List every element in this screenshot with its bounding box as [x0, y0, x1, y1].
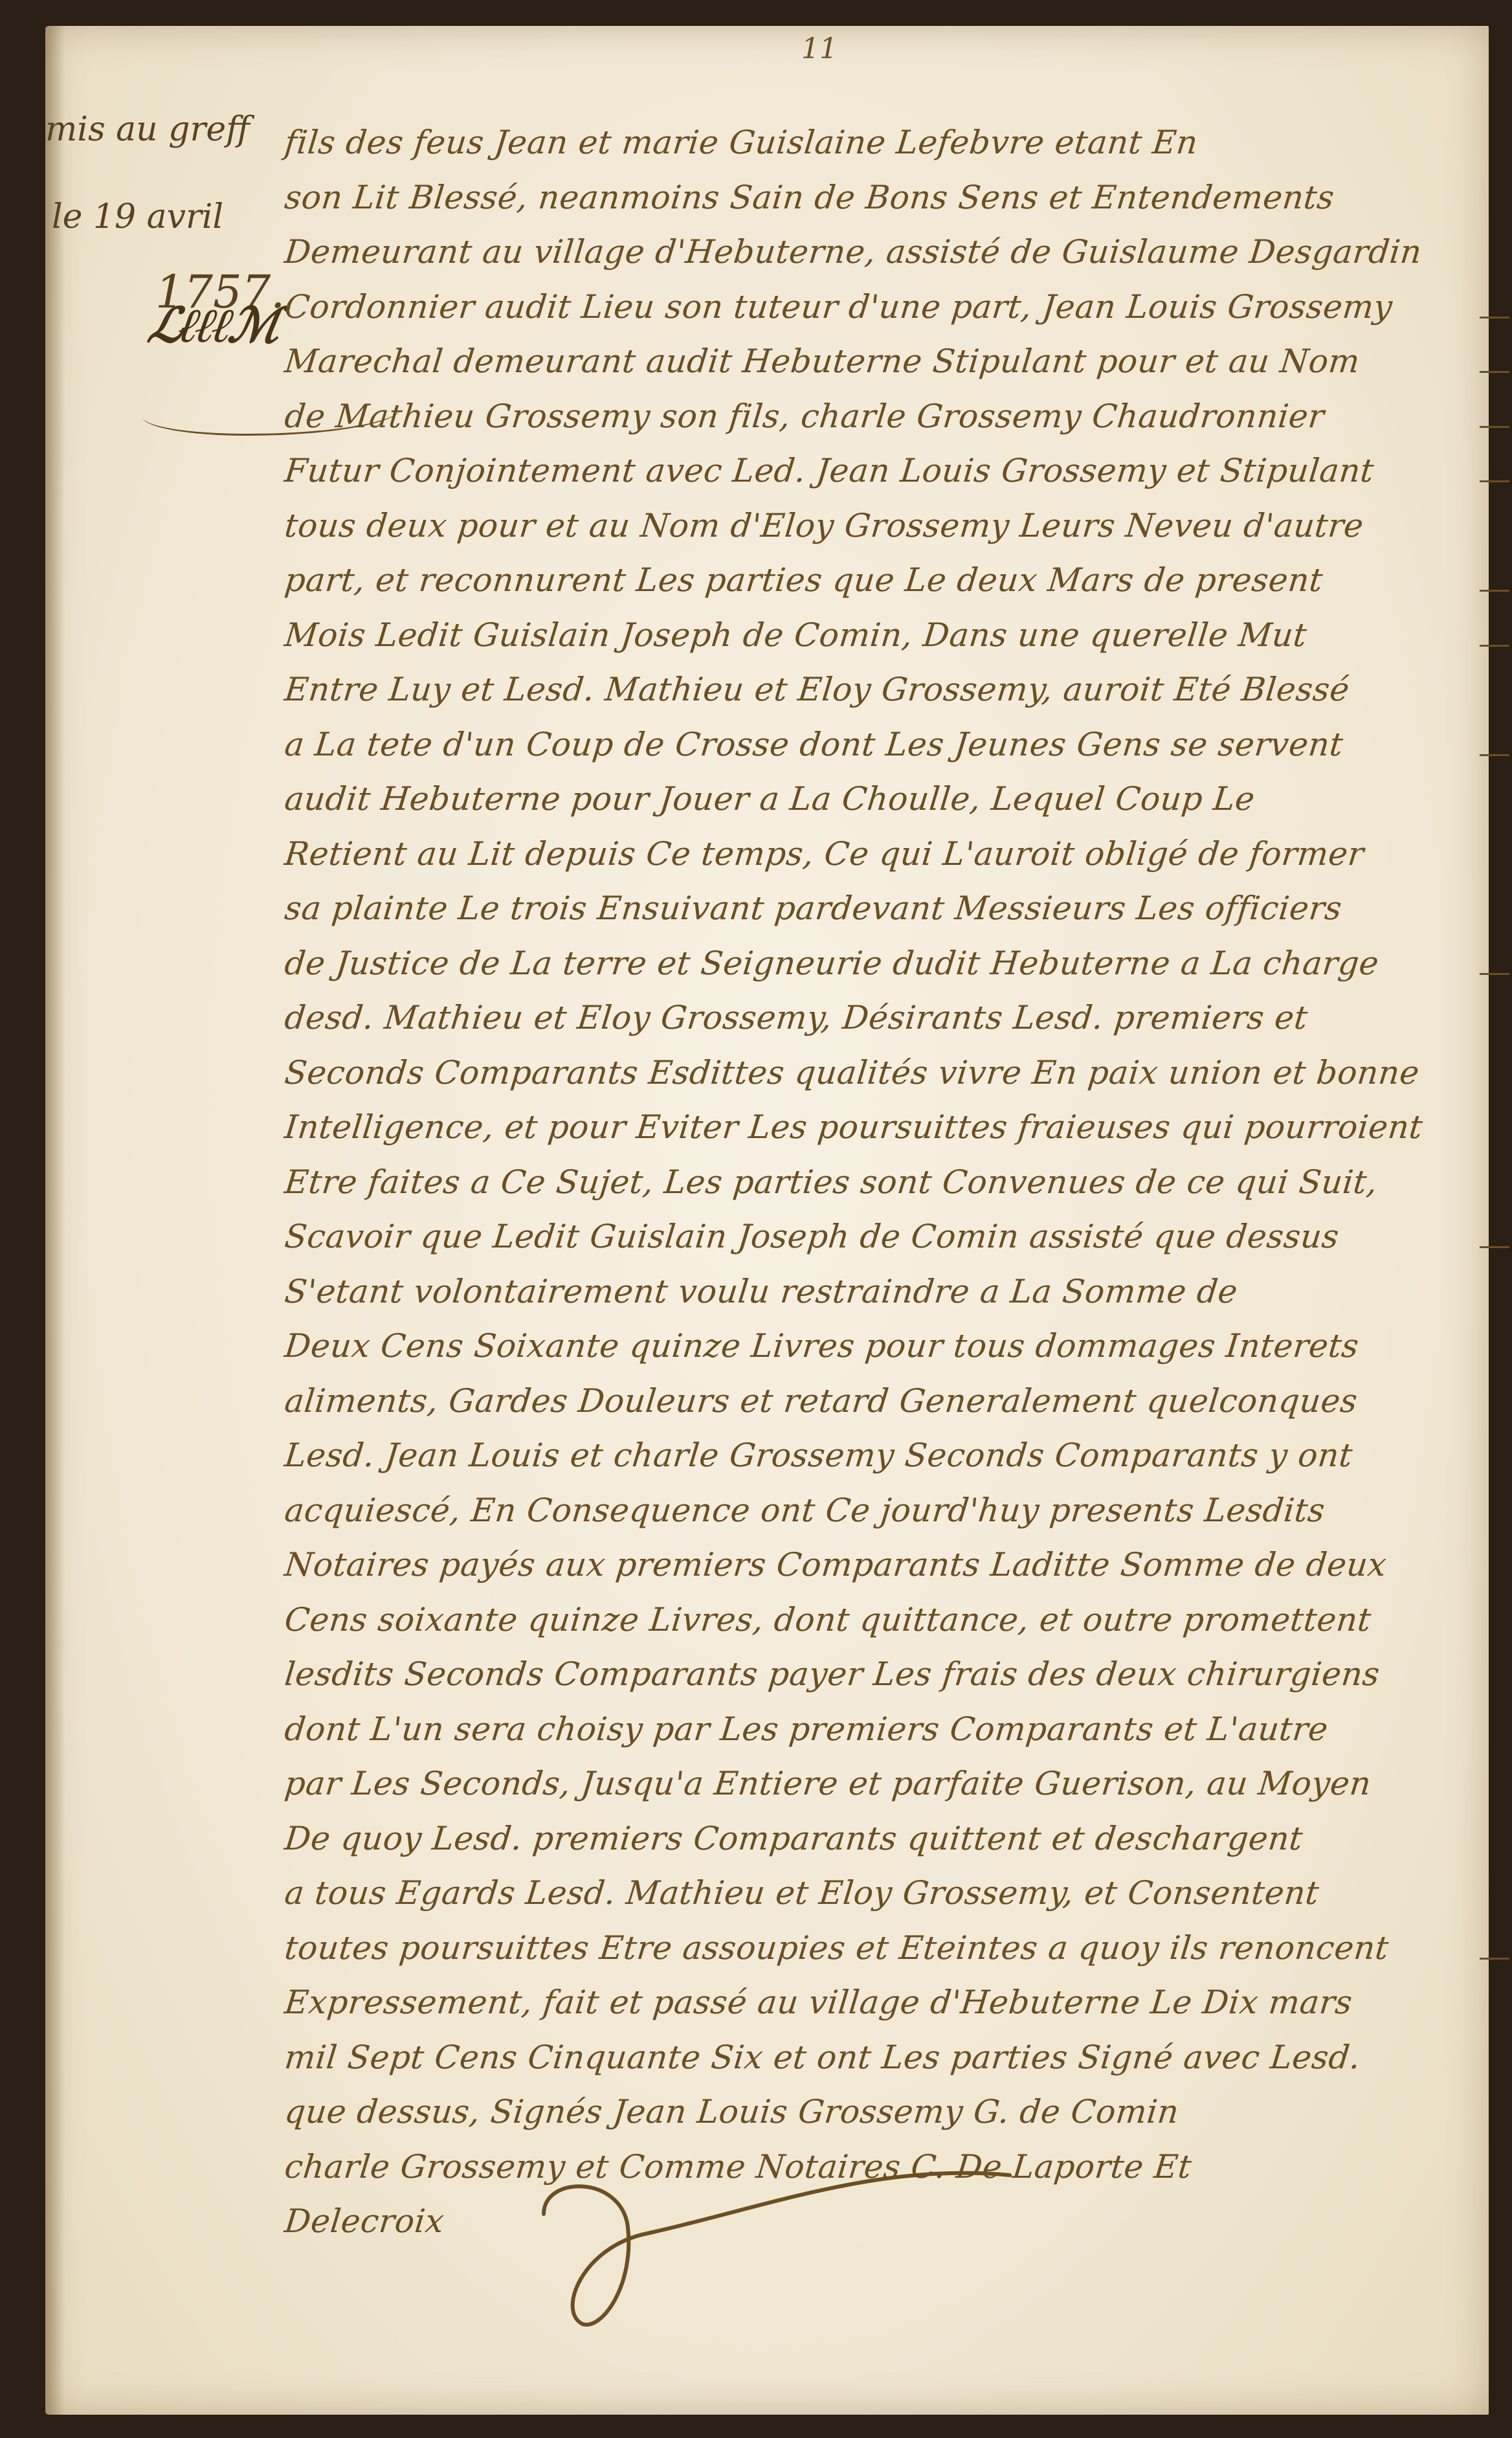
manuscript-line: acquiescé, En Consequence ont Ce jourd'h…: [282, 1481, 1489, 1539]
line-end-dash: [1480, 1958, 1509, 1960]
margin-paraphe-signature: ℒℓℓℓℳ: [144, 298, 282, 354]
closing-flourish-icon: [518, 2136, 1100, 2343]
manuscript-line: Expressement, fait et passé au village d…: [282, 1973, 1489, 2031]
manuscript-line: part, et reconnurent Les parties que Le …: [282, 551, 1489, 609]
line-end-dash: [1480, 645, 1509, 647]
manuscript-line: Scavoir que Ledit Guislain Joseph de Com…: [282, 1207, 1489, 1266]
manuscript-line: de Justice de La terre et Seigneurie dud…: [282, 934, 1489, 992]
manuscript-line: par Les Seconds, Jusqu'a Entiere et parf…: [282, 1754, 1489, 1813]
manuscript-line: dont L'un sera choisy par Les premiers C…: [282, 1700, 1489, 1758]
line-end-dash: [1480, 480, 1509, 482]
manuscript-line: lesdits Seconds Comparants payer Les fra…: [282, 1645, 1489, 1703]
manuscript-line: que dessus, Signés Jean Louis Grossemy G…: [282, 2083, 1489, 2141]
manuscript-line: a La tete d'un Coup de Crosse dont Les J…: [282, 715, 1489, 774]
manuscript-line: desd. Mathieu et Eloy Grossemy, Désirant…: [282, 989, 1489, 1047]
manuscript-line: son Lit Blessé, neanmoins Sain de Bons S…: [282, 168, 1489, 227]
margin-note-line-2: le 19 avril: [52, 197, 223, 236]
line-end-dash: [1480, 973, 1509, 975]
manuscript-line: Marechal demeurant audit Hebuterne Stipu…: [282, 332, 1489, 390]
manuscript-line: Retient au Lit depuis Ce temps, Ce qui L…: [282, 825, 1489, 883]
line-end-dash: [1480, 317, 1509, 319]
manuscript-line: Deux Cens Soixante quinze Livres pour to…: [282, 1317, 1489, 1375]
manuscript-line: De quoy Lesd. premiers Comparants quitte…: [282, 1809, 1489, 1868]
manuscript-line: Futur Conjointement avec Led. Jean Louis…: [282, 442, 1489, 500]
line-end-dash: [1480, 1246, 1509, 1248]
line-end-dash: [1480, 590, 1509, 592]
manuscript-line: mil Sept Cens Cinquante Six et ont Les p…: [282, 2028, 1489, 2086]
manuscript-line: Lesd. Jean Louis et charle Grossemy Seco…: [282, 1426, 1489, 1484]
manuscript-line: toutes poursuittes Etre assoupies et Ete…: [282, 1919, 1489, 1977]
manuscript-line: Mois Ledit Guislain Joseph de Comin, Dan…: [282, 606, 1489, 664]
manuscript-line: Notaires payés aux premiers Comparants L…: [282, 1536, 1489, 1594]
line-end-dash: [1480, 426, 1509, 428]
manuscript-line: Seconds Comparants Esdittes qualités viv…: [282, 1044, 1489, 1102]
manuscript-line: audit Hebuterne pour Jouer a La Choulle,…: [282, 770, 1489, 828]
manuscript-line: sa plainte Le trois Ensuivant pardevant …: [282, 879, 1489, 937]
manuscript-line: Etre faites a Ce Sujet, Les parties sont…: [282, 1153, 1489, 1211]
manuscript-line: de Mathieu Grossemy son fils, charle Gro…: [282, 387, 1489, 445]
manuscript-line: S'etant volontairement voulu restraindre…: [282, 1262, 1489, 1321]
manuscript-line: Cens soixante quinze Livres, dont quitta…: [282, 1591, 1489, 1649]
margin-note-line-1: mis au greff: [45, 110, 250, 149]
line-end-dash: [1480, 754, 1509, 756]
manuscript-line: Demeurant au village d'Hebuterne, assist…: [282, 223, 1489, 281]
manuscript-line: a tous Egards Lesd. Mathieu et Eloy Gros…: [282, 1864, 1489, 1922]
manuscript-line: tous deux pour et au Nom d'Eloy Grossemy…: [282, 497, 1489, 555]
manuscript-line: fils des feus Jean et marie Guislaine Le…: [282, 113, 1489, 172]
manuscript-line: aliments, Gardes Douleurs et retard Gene…: [282, 1372, 1489, 1430]
manuscript-line: Intelligence, et pour Eviter Les poursui…: [282, 1098, 1489, 1156]
manuscript-line: Cordonnier audit Lieu son tuteur d'une p…: [282, 278, 1489, 336]
folio-number: 11: [801, 32, 838, 65]
manuscript-line: Entre Luy et Lesd. Mathieu et Eloy Gross…: [282, 660, 1489, 719]
line-end-dash: [1480, 371, 1509, 373]
